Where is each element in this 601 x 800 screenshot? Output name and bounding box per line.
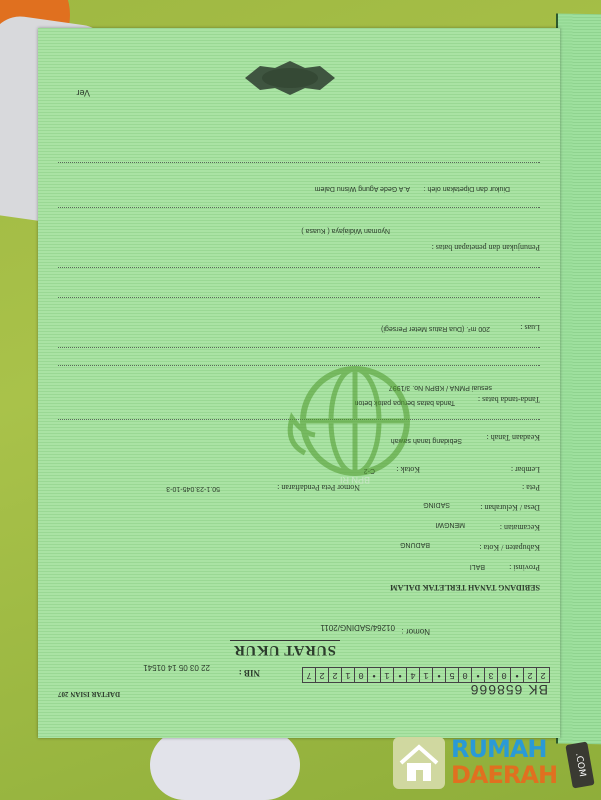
serial-number: BK 658666 xyxy=(470,682,548,698)
nomor-value: 01264/SADING/2011 xyxy=(320,623,395,632)
id-box-cell: 1 xyxy=(341,668,354,682)
penunjukan-row: Penunjukan dan penetapan batas : Nyoman … xyxy=(432,243,540,252)
dotted-line xyxy=(58,162,540,163)
id-box-cell: 2 xyxy=(536,668,549,682)
id-boxes: 22•03•05•14•1•01227 xyxy=(302,667,550,683)
bpn-globe-emblem-icon: BPN RI xyxy=(280,353,420,493)
peta-row: Peta : Nomor Peta Pendaftaran : 50.1-23.… xyxy=(522,483,540,492)
dotted-line xyxy=(58,347,540,348)
watermark-suffix: .COM xyxy=(565,741,594,788)
id-box-cell: 1 xyxy=(419,668,432,682)
dotted-line xyxy=(58,267,540,268)
id-box-cell: 0 xyxy=(354,668,367,682)
id-box-cell: 5 xyxy=(445,668,458,682)
nib-label: NIB : xyxy=(239,668,260,678)
keadaan-row: Keadaan Tanah : Sebidang tanah sawah xyxy=(487,433,541,442)
id-box-cell: • xyxy=(367,668,380,682)
id-box-cell: 7 xyxy=(303,668,315,682)
id-box-cell: 3 xyxy=(484,668,497,682)
dotted-line xyxy=(58,297,540,298)
id-box-cell: 4 xyxy=(406,668,419,682)
tanda-row: Tanda-tanda batas : Tanda batas berupa p… xyxy=(478,395,540,404)
section-title: SEBIDANG TANAH TERLETAK DALAM xyxy=(390,583,540,592)
daftar-isian: DAFTAR ISIAN 207 xyxy=(58,690,120,698)
seal-stamp-icon xyxy=(235,58,345,98)
nib-value: 22 03 05 14 01541 xyxy=(143,663,210,672)
id-box-cell: 2 xyxy=(523,668,536,682)
surat-ukur-document: BK 658666 22•03•05•14•1•01227 DAFTAR ISI… xyxy=(38,28,560,738)
dotted-line xyxy=(58,207,540,208)
document-title: SURAT UKUR xyxy=(230,640,340,658)
id-box-cell: 1 xyxy=(380,668,393,682)
kabupaten-row: Kabupaten / Kota : BADUNG xyxy=(479,543,540,552)
id-box-cell: • xyxy=(393,668,406,682)
id-box-cell: 0 xyxy=(497,668,510,682)
background-white-fabric xyxy=(150,730,300,800)
rumahdaerah-watermark: RUMAH DAERAH .COM xyxy=(393,737,601,797)
house-icon xyxy=(393,737,445,789)
watermark-bottom: DAERAH xyxy=(451,761,557,789)
id-box-cell: • xyxy=(432,668,445,682)
provinsi-row: Provinsi : BALI xyxy=(509,563,540,572)
id-box-cell: 2 xyxy=(315,668,328,682)
id-box-cell: 0 xyxy=(458,668,471,682)
signature: Ver xyxy=(76,88,90,98)
luas-row: Luas : 200 m². (Dua Ratus Meter Persegi) xyxy=(520,323,540,332)
watermark-top: RUMAH xyxy=(451,735,547,763)
lembar-row: Lembar : Kotak : C-2 xyxy=(511,465,540,474)
kecamatan-row: Kecamatan : MENGWI xyxy=(500,523,540,532)
id-box-cell: 2 xyxy=(328,668,341,682)
id-box-cell: • xyxy=(471,668,484,682)
desa-row: Desa / Kelurahan : SADING xyxy=(480,503,540,512)
nomor-label: Nomor : xyxy=(402,627,430,636)
svg-text:BPN RI: BPN RI xyxy=(340,475,370,485)
adjacent-page xyxy=(556,13,601,744)
id-box-cell: • xyxy=(510,668,523,682)
